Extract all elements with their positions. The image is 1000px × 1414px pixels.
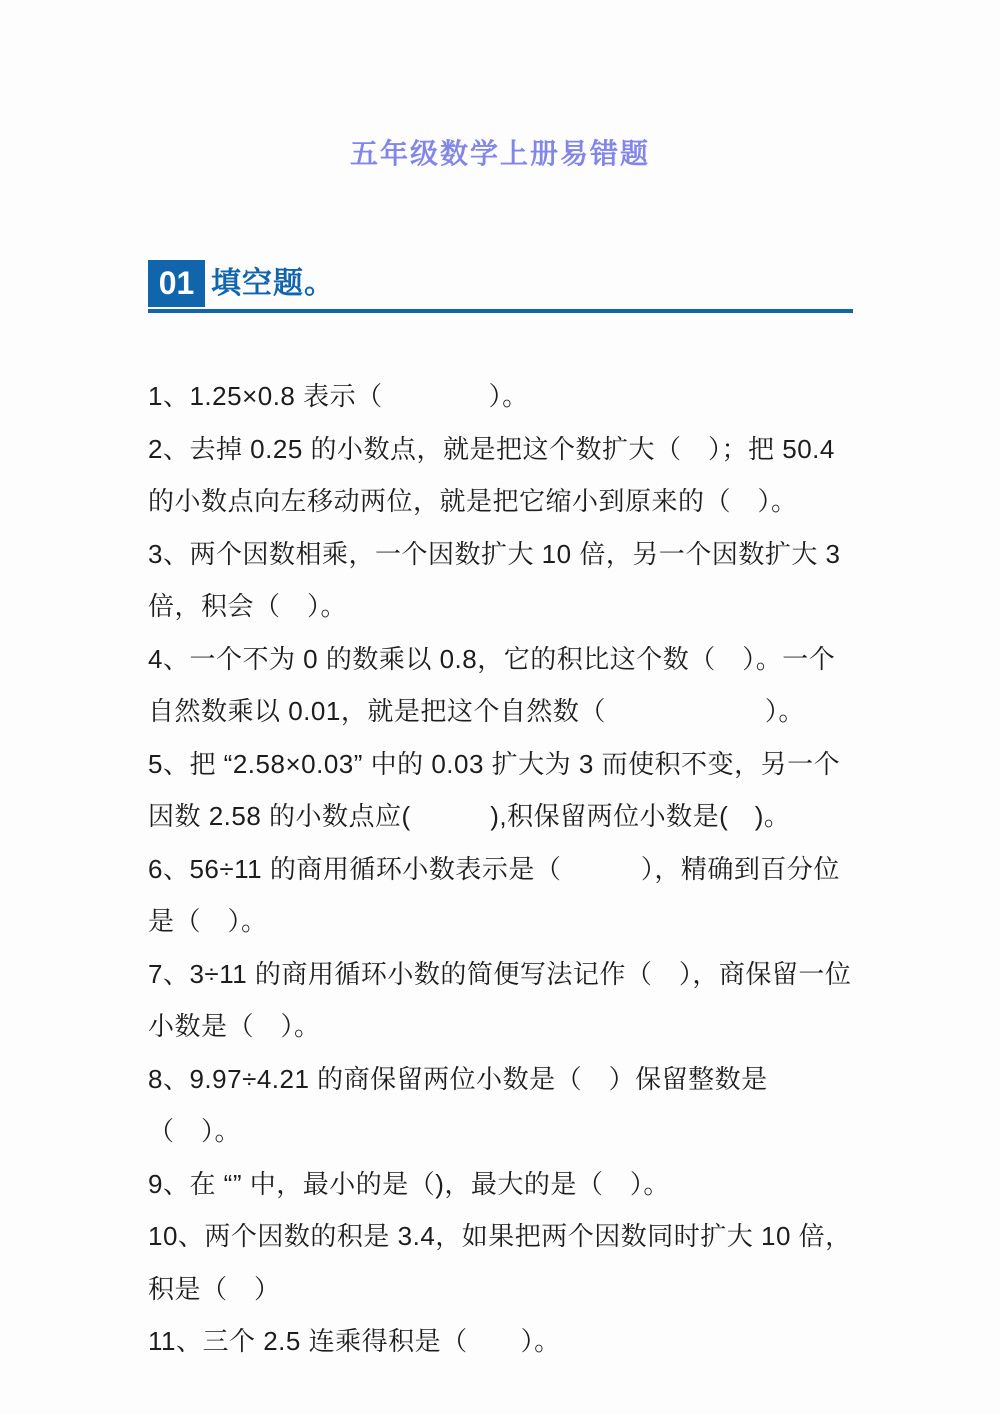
section-heading: 填空题。 (211, 260, 335, 307)
section-block: 01 填空题。 (148, 260, 853, 313)
section-header: 01 填空题。 (148, 260, 853, 307)
question-item: 9、在 “” 中，最小的是（)，最大的是（ ）。 (148, 1158, 854, 1211)
worksheet-page: 五年级数学上册易错题 01 填空题。 1、1.25×0.8 表示（ ）。2、去掉… (0, 0, 1000, 1414)
section-divider (148, 309, 853, 313)
question-item: 4、一个不为 0 的数乘以 0.8，它的积比这个数（ ）。一个自然数乘以 0.0… (148, 633, 854, 738)
question-item: 5、把 “2.58×0.03” 中的 0.03 扩大为 3 而使积不变，另一个因… (148, 738, 854, 843)
question-list: 1、1.25×0.8 表示（ ）。2、去掉 0.25 的小数点，就是把这个数扩大… (148, 370, 854, 1368)
question-item: 7、3÷11 的商用循环小数的简便写法记作（ ），商保留一位小数是（ ）。 (148, 948, 854, 1053)
question-item: 2、去掉 0.25 的小数点，就是把这个数扩大（ ）；把 50.4 的小数点向左… (148, 423, 854, 528)
question-item: 10、两个因数的积是 3.4，如果把两个因数同时扩大 10 倍，积是（ ） (148, 1210, 854, 1315)
question-item: 8、9.97÷4.21 的商保留两位小数是（ ）保留整数是（ ）。 (148, 1053, 854, 1158)
section-number-badge: 01 (148, 260, 205, 307)
question-item: 1、1.25×0.8 表示（ ）。 (148, 370, 854, 423)
question-item: 11、三个 2.5 连乘得积是（ ）。 (148, 1315, 854, 1368)
question-item: 3、两个因数相乘，一个因数扩大 10 倍，另一个因数扩大 3 倍，积会（ ）。 (148, 528, 854, 633)
page-title: 五年级数学上册易错题 (0, 0, 1000, 172)
question-item: 6、56÷11 的商用循环小数表示是（ ），精确到百分位是（ ）。 (148, 843, 854, 948)
